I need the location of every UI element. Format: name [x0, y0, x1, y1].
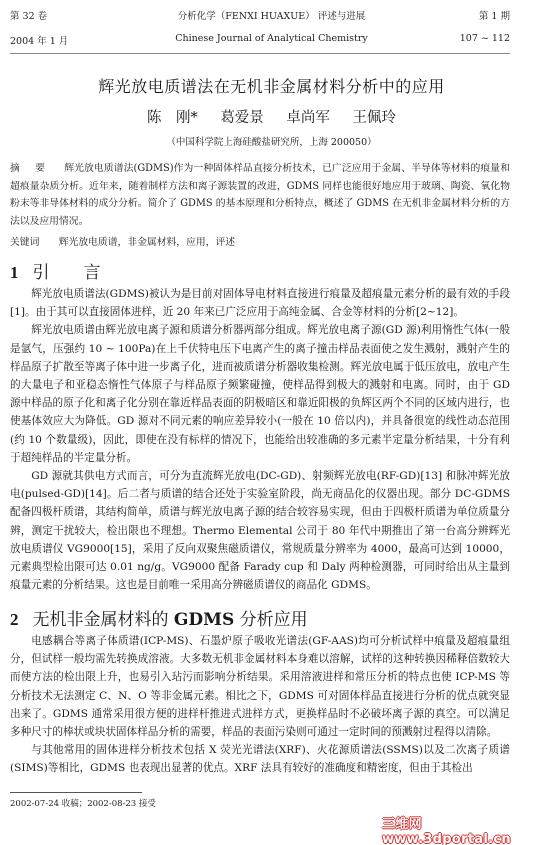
author: 王佩玲 — [353, 110, 397, 126]
paragraph: GD 源就其供电方式而言，可分为直流辉光放电(DC-GD)、射频辉光放电(RF-… — [10, 467, 510, 594]
section-title-bold: GDMS — [174, 610, 234, 630]
section-title-pre: 无机非金属材料的 — [33, 610, 174, 630]
author: 陈 刚* — [147, 110, 198, 126]
paper-title: 辉光放电质谱法在无机非金属材料分析中的应用 — [0, 74, 543, 97]
keywords-label: 关键词 — [10, 237, 39, 248]
section-2-body: 电感耦合等离子体质谱(ICP-MS)、石墨炉原子吸收光谱法(GF-AAS)均可分… — [10, 632, 510, 778]
author-list: 陈 刚* 葛爱景 卓尚军 王佩玲 — [0, 106, 543, 127]
section-heading-2: 2无机非金属材料的 GDMS 分析应用 — [10, 605, 308, 630]
section-number: 2 — [10, 610, 19, 629]
abstract: 摘 要 辉光放电质谱法(GDMS)作为一种固体样品直接分析技术，已广泛应用于金属… — [10, 160, 510, 230]
keywords: 关键词 辉光放电质谱，非金属材料，应用，评述 — [10, 234, 510, 248]
abstract-label: 摘 要 — [10, 163, 51, 174]
watermark: 三维网www.3dportal.cn — [382, 813, 543, 845]
abstract-text: 辉光放电质谱法(GDMS)作为一种固体样品直接分析技术，已广泛应用于金属、半导体… — [10, 163, 510, 227]
journal-cn: 分析化学（FENXI HUAXUE） 评述与进展 — [0, 8, 543, 22]
section-1-body: 辉光放电质谱法(GDMS)被认为是目前对固体导电材料直接进行痕量及超痕量元素分析… — [10, 285, 510, 594]
paragraph: 与其他常用的固体进样分析技术包括 X 荧光光谱法(XRF)、火花源质谱法(SSM… — [10, 741, 510, 777]
paragraph: 电感耦合等离子体质谱(ICP-MS)、石墨炉原子吸收光谱法(GF-AAS)均可分… — [10, 632, 510, 741]
section-heading-1: 1引 言 — [10, 258, 101, 283]
page-range: 107 ~ 112 — [460, 33, 510, 44]
section-number: 1 — [10, 263, 19, 282]
author: 卓尚军 — [286, 110, 330, 126]
footnote-divider — [10, 792, 142, 793]
keywords-text: 辉光放电质谱，非金属材料，应用，评述 — [59, 237, 235, 248]
issue-label: 第 1 期 — [479, 8, 510, 22]
affiliation: （中国科学院上海硅酸盐研究所，上海 200050） — [0, 134, 543, 148]
section-title: 引 言 — [33, 263, 101, 283]
header-divider — [10, 53, 510, 54]
author: 葛爱景 — [220, 110, 264, 126]
received-date-footnote: 2002-07-24 收稿；2002-08-23 接受 — [10, 797, 156, 809]
paragraph: 辉光放电质谱由辉光放电离子源和质谱分析器两部分组成。辉光放电离子源(GD 源)利… — [10, 321, 510, 467]
section-title-post: 分析应用 — [234, 610, 307, 630]
paragraph: 辉光放电质谱法(GDMS)被认为是目前对固体导电材料直接进行痕量及超痕量元素分析… — [10, 285, 510, 321]
